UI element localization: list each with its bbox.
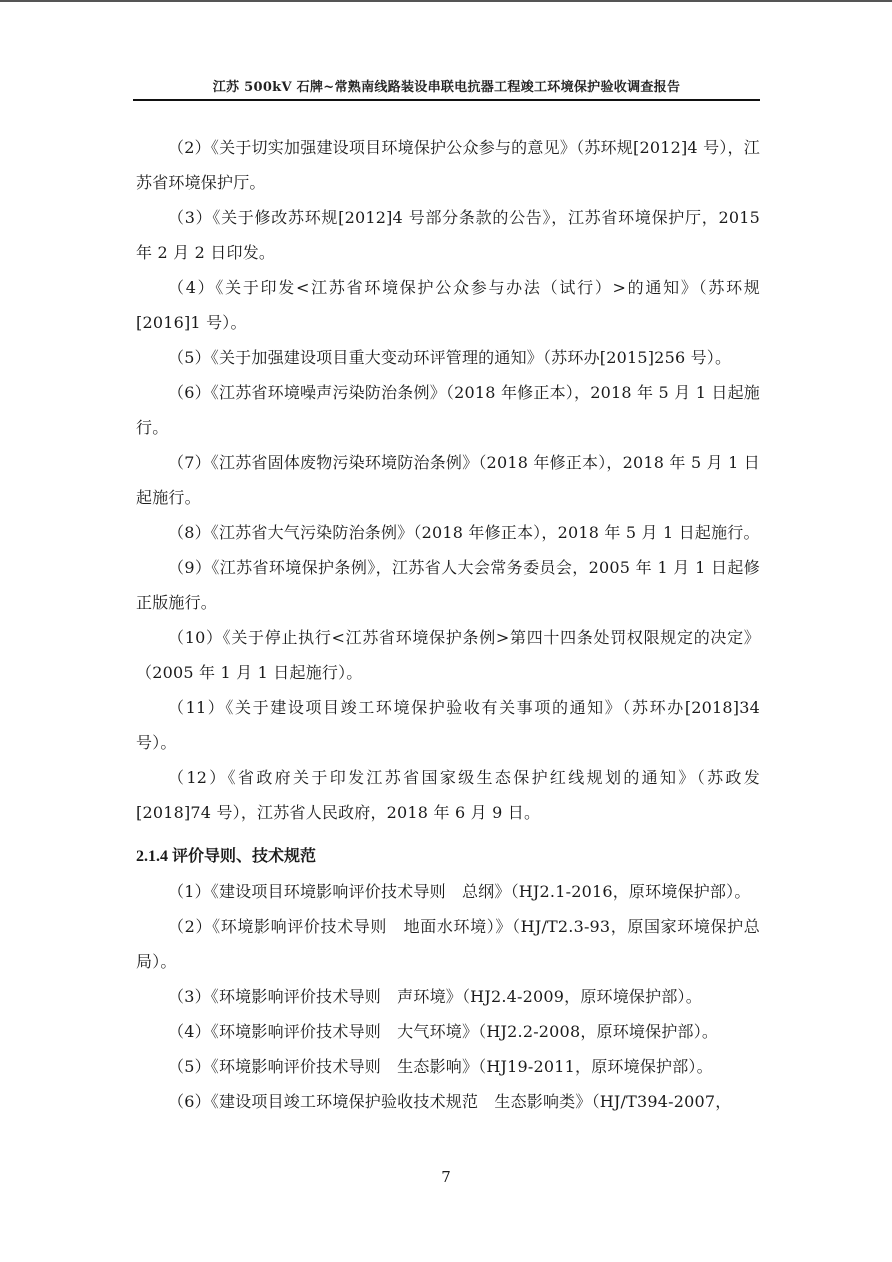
guideline-item: （5）《环境影响评价技术导则 生态影响》（HJ19-2011，原环境保护部）。 bbox=[136, 1049, 760, 1084]
page-number: 7 bbox=[0, 1168, 892, 1186]
regulation-item: （3）《关于修改苏环规[2012]4 号部分条款的公告》，江苏省环境保护厅，20… bbox=[136, 200, 760, 270]
header-rule bbox=[133, 99, 760, 101]
regulation-item: （8）《江苏省大气污染防治条例》（2018 年修正本），2018 年 5 月 1… bbox=[136, 515, 760, 550]
guideline-item: （2）《环境影响评价技术导则 地面水环境）》（HJ/T2.3-93，原国家环境保… bbox=[136, 909, 760, 979]
section-heading: 2.1.4 评价导则、技术规范 bbox=[136, 839, 760, 874]
guideline-item: （6）《建设项目竣工环境保护验收技术规范 生态影响类》（HJ/T394-2007… bbox=[136, 1084, 760, 1119]
regulation-item: （10）《关于停止执行<江苏省环境保护条例>第四十四条处罚权限规定的决定》（20… bbox=[136, 620, 760, 690]
document-body: （2）《关于切实加强建设项目环境保护公众参与的意见》（苏环规[2012]4 号）… bbox=[136, 130, 760, 1119]
regulation-item: （7）《江苏省固体废物污染环境防治条例》（2018 年修正本），2018 年 5… bbox=[136, 445, 760, 515]
regulation-item: （2）《关于切实加强建设项目环境保护公众参与的意见》（苏环规[2012]4 号）… bbox=[136, 130, 760, 200]
guideline-item: （3）《环境影响评价技术导则 声环境》（HJ2.4-2009，原环境保护部）。 bbox=[136, 979, 760, 1014]
regulation-item: （6）《江苏省环境噪声污染防治条例》（2018 年修正本），2018 年 5 月… bbox=[136, 375, 760, 445]
regulation-item: （12）《省政府关于印发江苏省国家级生态保护红线规划的通知》（苏政发[2018]… bbox=[136, 760, 760, 830]
regulation-item: （5）《关于加强建设项目重大变动环评管理的通知》（苏环办[2015]256 号）… bbox=[136, 340, 760, 375]
regulation-item: （4）《关于印发<江苏省环境保护公众参与办法（试行）>的通知》（苏环规[2016… bbox=[136, 270, 760, 340]
regulation-item: （9）《江苏省环境保护条例》，江苏省人大会常务委员会，2005 年 1 月 1 … bbox=[136, 550, 760, 620]
running-header: 江苏 500kV 石牌~常熟南线路装设串联电抗器工程竣工环境保护验收调查报告 bbox=[133, 76, 760, 95]
regulation-item: （11）《关于建设项目竣工环境保护验收有关事项的通知》（苏环办[2018]34 … bbox=[136, 690, 760, 760]
guideline-item: （4）《环境影响评价技术导则 大气环境》（HJ2.2-2008，原环境保护部）。 bbox=[136, 1014, 760, 1049]
page-top-border bbox=[0, 0, 892, 2]
guideline-item: （1）《建设项目环境影响评价技术导则 总纲》（HJ2.1-2016，原环境保护部… bbox=[136, 874, 760, 909]
